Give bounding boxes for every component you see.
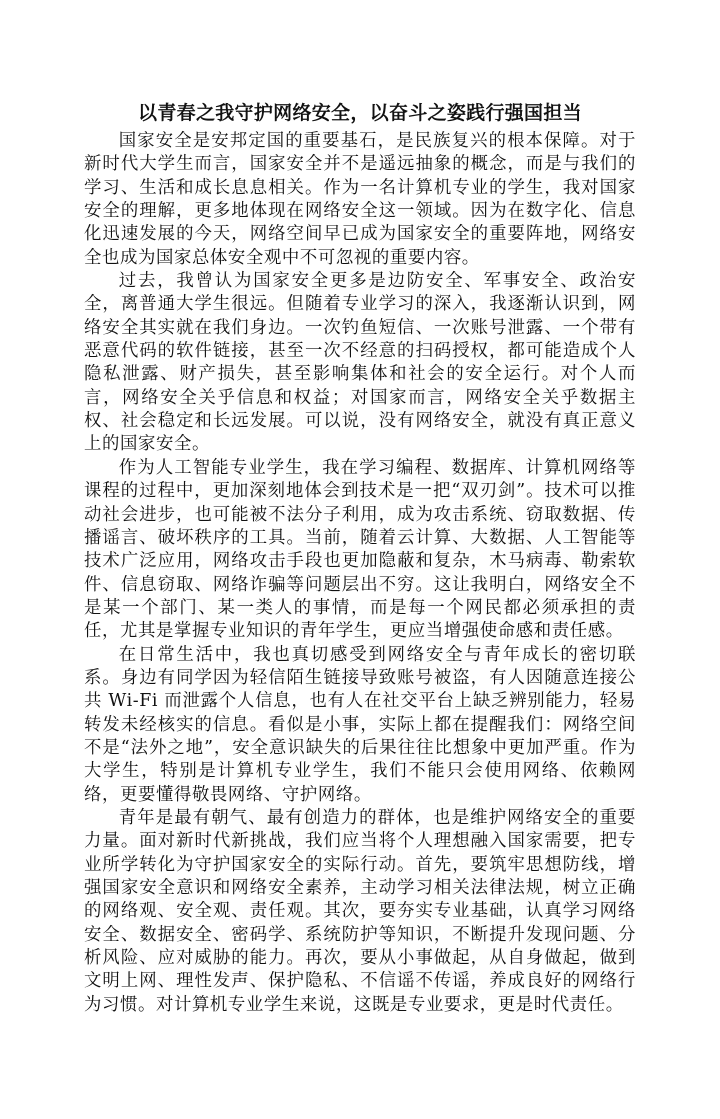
- paragraph-2: 过去，我曾认为国家安全更多是边防安全、军事安全、政治安全，离普通大学生很远。但随…: [84, 270, 636, 457]
- paragraph-4: 在日常生活中，我也真切感受到网络安全与青年成长的密切联系。身边有同学因为轻信陌生…: [84, 644, 636, 807]
- paragraph-3: 作为人工智能专业学生，我在学习编程、数据库、计算机网络等课程的过程中，更加深刻地…: [84, 457, 636, 644]
- paragraph-1: 国家安全是安邦定国的重要基石，是民族复兴的根本保障。对于新时代大学生而言，国家安…: [84, 130, 636, 270]
- document-page: 以青春之我守护网络安全，以奋斗之姿践行强国担当 国家安全是安邦定国的重要基石，是…: [84, 100, 636, 1017]
- paragraph-5: 青年是最有朝气、最有创造力的群体，也是维护网络安全的重要力量。面对新时代新挑战，…: [84, 807, 636, 1017]
- document-title: 以青春之我守护网络安全，以奋斗之姿践行强国担当: [84, 100, 636, 130]
